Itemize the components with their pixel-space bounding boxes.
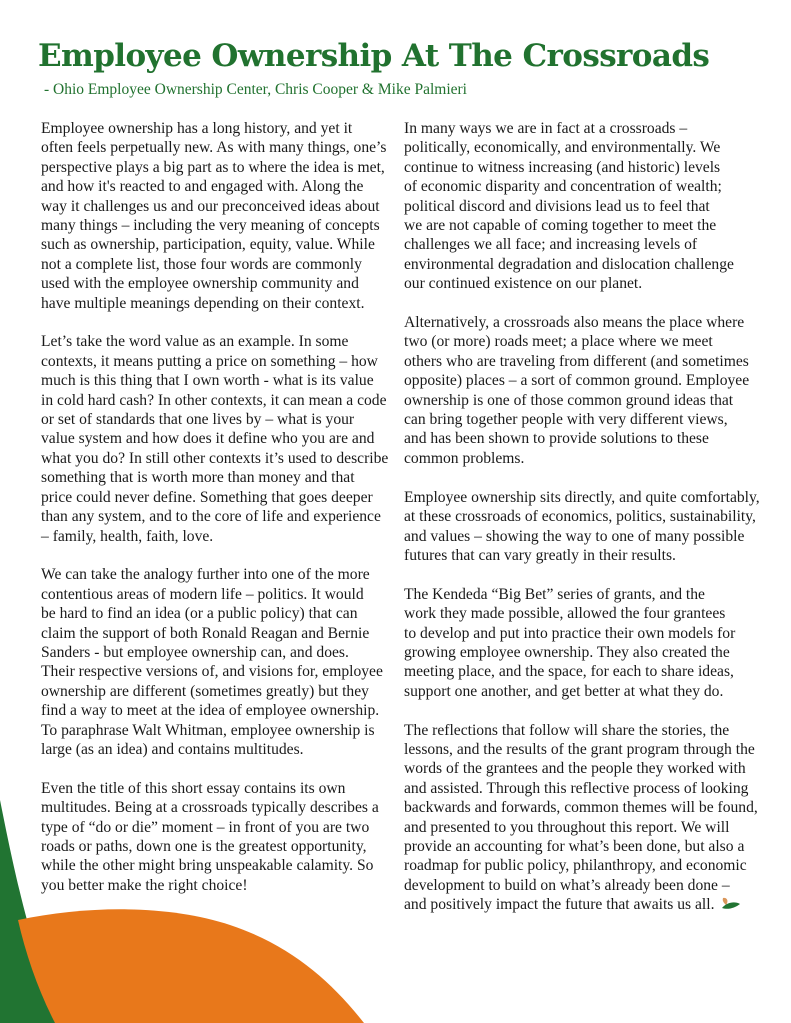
text-line: – family, health, faith, love. [41,527,386,546]
byline: - Ohio Employee Ownership Center, Chris … [44,81,467,99]
text-line: or set of standards that one lives by – … [41,410,386,429]
text-line: such as ownership, participation, equity… [41,235,386,254]
text-line: Even the title of this short essay conta… [41,779,386,798]
text-line: contentious areas of modern life – polit… [41,585,386,604]
text-line: To paraphrase Walt Whitman, employee own… [41,721,386,740]
text-line: Alternatively, a crossroads also means t… [404,313,759,332]
text-line: much is this thing that I own worth - wh… [41,371,386,390]
text-line: claim the support of both Ronald Reagan … [41,624,386,643]
text-line: ownership are different (sometimes great… [41,682,386,701]
text-line: The Kendeda “Big Bet” series of grants, … [404,585,759,604]
text-line: can bring together people with very diff… [404,410,759,429]
text-line: challenges we all face; and increasing l… [404,235,759,254]
page-title: Employee Ownership At The Crossroads [38,38,709,74]
text-line: of economic disparity and concentration … [404,177,759,196]
text-line: futures that can vary greatly in their r… [404,546,759,565]
text-line: what you do? In still other contexts it’… [41,449,386,468]
text-line: ownership is one of those common ground … [404,391,759,410]
text-line: our continued existence on our planet. [404,274,759,293]
text-line: Let’s take the word value as an example.… [41,332,386,351]
text-line: In many ways we are in fact at a crossro… [404,119,759,138]
text-line: not a complete list, those four words ar… [41,255,386,274]
text-line: we are not capable of coming together to… [404,216,759,235]
text-line: contexts, it means putting a price on so… [41,352,386,371]
text-line: opposite) places – a sort of common grou… [404,371,759,390]
text-line: price could never define. Something that… [41,488,386,507]
paragraph: Employee ownership sits directly, and qu… [404,488,759,566]
text-line: development to build on what’s already b… [404,876,759,895]
text-line: backwards and forwards, common themes wi… [404,798,759,817]
text-line: to develop and put into practice their o… [404,624,759,643]
right-column: In many ways we are in fact at a crossro… [404,119,759,936]
text-line: have multiple meanings depending on thei… [41,294,386,313]
orange-arc-shape [18,909,364,1023]
text-line: provide an accounting for what’s been do… [404,837,759,856]
text-line: be hard to find an idea (or a public pol… [41,604,386,623]
text-line: We can take the analogy further into one… [41,565,386,584]
text-line: at these crossroads of economics, politi… [404,507,759,526]
text-line: used with the employee ownership communi… [41,274,386,293]
text-line: large (as an idea) and contains multitud… [41,740,386,759]
text-line: The reflections that follow will share t… [404,721,759,740]
paragraph: The reflections that follow will share t… [404,721,759,917]
text-line: Their respective versions of, and vision… [41,662,386,681]
text-line: and positively impact the future that aw… [404,896,715,913]
paragraph: The Kendeda “Big Bet” series of grants, … [404,585,759,701]
left-column: Employee ownership has a long history, a… [41,119,386,915]
text-line: environmental degradation and dislocatio… [404,255,759,274]
text-line: type of “do or die” moment – in front of… [41,818,386,837]
text-line: and presented to you throughout this rep… [404,818,759,837]
paragraph: Even the title of this short essay conta… [41,779,386,895]
text-line: politically, economically, and environme… [404,138,759,157]
paragraph: In many ways we are in fact at a crossro… [404,119,759,294]
text-line: multitudes. Being at a crossroads typica… [41,798,386,817]
paragraph: We can take the analogy further into one… [41,565,386,759]
text-line: and values – showing the way to one of m… [404,527,759,546]
text-line: Employee ownership sits directly, and qu… [404,488,759,507]
text-line: common problems. [404,449,759,468]
text-line: Employee ownership has a long history, a… [41,119,386,138]
text-line: in cold hard cash? In other contexts, it… [41,391,386,410]
text-line: others who are traveling from different … [404,352,759,371]
text-line: and how it's reacted to and engaged with… [41,177,386,196]
text-line: often feels perpetually new. As with man… [41,138,386,157]
text-line: Sanders - but employee ownership can, an… [41,643,386,662]
paragraph: Employee ownership has a long history, a… [41,119,386,313]
text-line: way it challenges us and our preconceive… [41,197,386,216]
text-line: and assisted. Through this reflective pr… [404,779,759,798]
text-line: value system and how does it define who … [41,429,386,448]
text-line: while the other might bring unspeakable … [41,856,386,875]
text-line: and has been shown to provide solutions … [404,429,759,448]
leaf-icon [719,897,741,916]
text-line: two (or more) roads meet; a place where … [404,332,759,351]
text-line: roadmap for public policy, philanthropy,… [404,856,759,875]
paragraph: Alternatively, a crossroads also means t… [404,313,759,468]
text-line: continue to witness increasing (and hist… [404,158,759,177]
paragraph: Let’s take the word value as an example.… [41,332,386,545]
text-line: than any system, and to the core of life… [41,507,386,526]
text-line: perspective plays a big part as to where… [41,158,386,177]
text-line: support one another, and get better at w… [404,682,759,701]
text-line: lessons, and the results of the grant pr… [404,740,759,759]
text-line: work they made possible, allowed the fou… [404,604,759,623]
text-line: growing employee ownership. They also cr… [404,643,759,662]
text-line: words of the grantees and the people the… [404,759,759,778]
text-line: many things – including the very meaning… [41,216,386,235]
text-line: you better make the right choice! [41,876,386,895]
last-line-with-leaf: and positively impact the future that aw… [404,895,759,916]
text-line: find a way to meet at the idea of employ… [41,701,386,720]
document-page: Employee Ownership At The Crossroads - O… [0,0,791,1023]
text-line: something that is worth more than money … [41,468,386,487]
text-line: political discord and divisions lead us … [404,197,759,216]
text-line: meeting place, and the space, for each t… [404,662,759,681]
text-line: roads or paths, down one is the greatest… [41,837,386,856]
